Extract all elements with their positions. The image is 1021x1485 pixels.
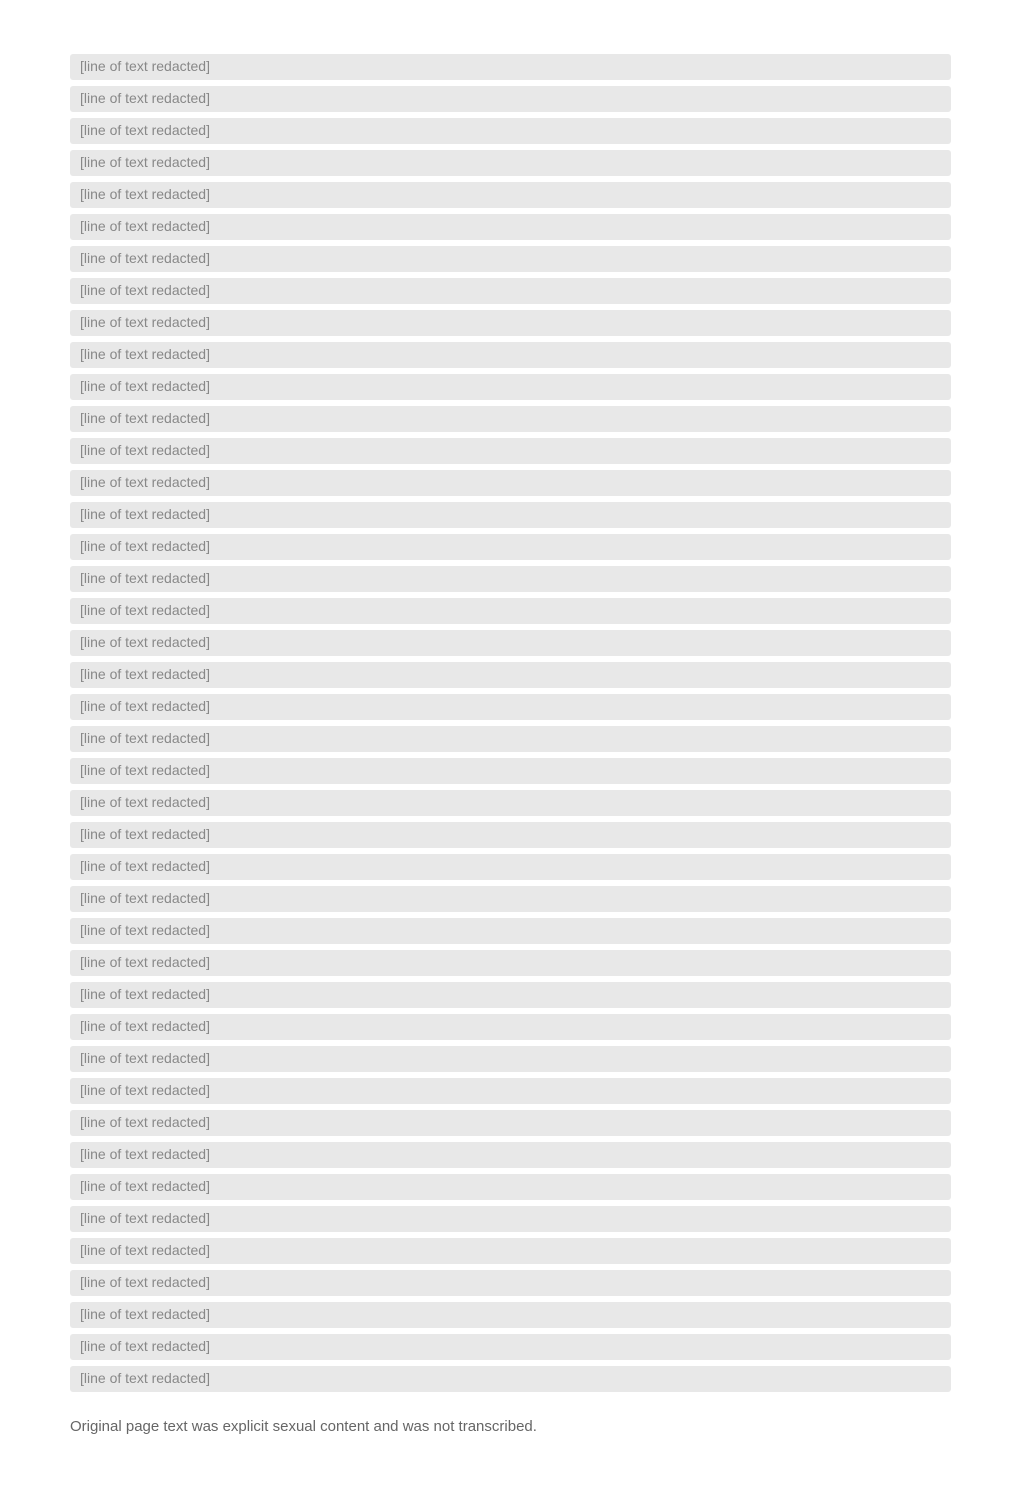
paragraph-block: [line of text redacted][line of text red… <box>70 54 951 1392</box>
redacted-text-line: [line of text redacted] <box>70 1206 951 1232</box>
redacted-text-line: [line of text redacted] <box>70 246 951 272</box>
redacted-text-line: [line of text redacted] <box>70 214 951 240</box>
redacted-text-line: [line of text redacted] <box>70 1078 951 1104</box>
redacted-text-line: [line of text redacted] <box>70 886 951 912</box>
redacted-text-line: [line of text redacted] <box>70 86 951 112</box>
redacted-text-line: [line of text redacted] <box>70 310 951 336</box>
redacted-text-line: [line of text redacted] <box>70 1174 951 1200</box>
redacted-text-line: [line of text redacted] <box>70 822 951 848</box>
redacted-text-line: [line of text redacted] <box>70 726 951 752</box>
redacted-text-line: [line of text redacted] <box>70 598 951 624</box>
redacted-text-line: [line of text redacted] <box>70 470 951 496</box>
document-page: [line of text redacted][line of text red… <box>0 0 1021 1485</box>
redacted-text-line: [line of text redacted] <box>70 630 951 656</box>
redaction-notice: Original page text was explicit sexual c… <box>70 1416 951 1437</box>
redacted-text-line: [line of text redacted] <box>70 950 951 976</box>
redacted-text-line: [line of text redacted] <box>70 374 951 400</box>
redacted-text-line: [line of text redacted] <box>70 1366 951 1392</box>
redacted-text-line: [line of text redacted] <box>70 1110 951 1136</box>
redacted-text-line: [line of text redacted] <box>70 1302 951 1328</box>
redacted-text-line: [line of text redacted] <box>70 278 951 304</box>
redacted-text-line: [line of text redacted] <box>70 854 951 880</box>
redacted-text-line: [line of text redacted] <box>70 534 951 560</box>
redacted-text-line: [line of text redacted] <box>70 1046 951 1072</box>
redacted-text-line: [line of text redacted] <box>70 150 951 176</box>
redacted-text-line: [line of text redacted] <box>70 502 951 528</box>
redacted-text-line: [line of text redacted] <box>70 1270 951 1296</box>
redacted-text-line: [line of text redacted] <box>70 342 951 368</box>
redacted-text-line: [line of text redacted] <box>70 182 951 208</box>
redacted-text-line: [line of text redacted] <box>70 982 951 1008</box>
redacted-text-line: [line of text redacted] <box>70 1334 951 1360</box>
redacted-text-line: [line of text redacted] <box>70 1142 951 1168</box>
redacted-text-line: [line of text redacted] <box>70 918 951 944</box>
redacted-text-line: [line of text redacted] <box>70 790 951 816</box>
redacted-text-line: [line of text redacted] <box>70 54 951 80</box>
redacted-text-line: [line of text redacted] <box>70 1238 951 1264</box>
redacted-text-line: [line of text redacted] <box>70 438 951 464</box>
redacted-text-line: [line of text redacted] <box>70 758 951 784</box>
redacted-text-line: [line of text redacted] <box>70 1014 951 1040</box>
redacted-text-line: [line of text redacted] <box>70 694 951 720</box>
redacted-text-line: [line of text redacted] <box>70 118 951 144</box>
redacted-text-line: [line of text redacted] <box>70 662 951 688</box>
redacted-text-line: [line of text redacted] <box>70 406 951 432</box>
redacted-text-line: [line of text redacted] <box>70 566 951 592</box>
